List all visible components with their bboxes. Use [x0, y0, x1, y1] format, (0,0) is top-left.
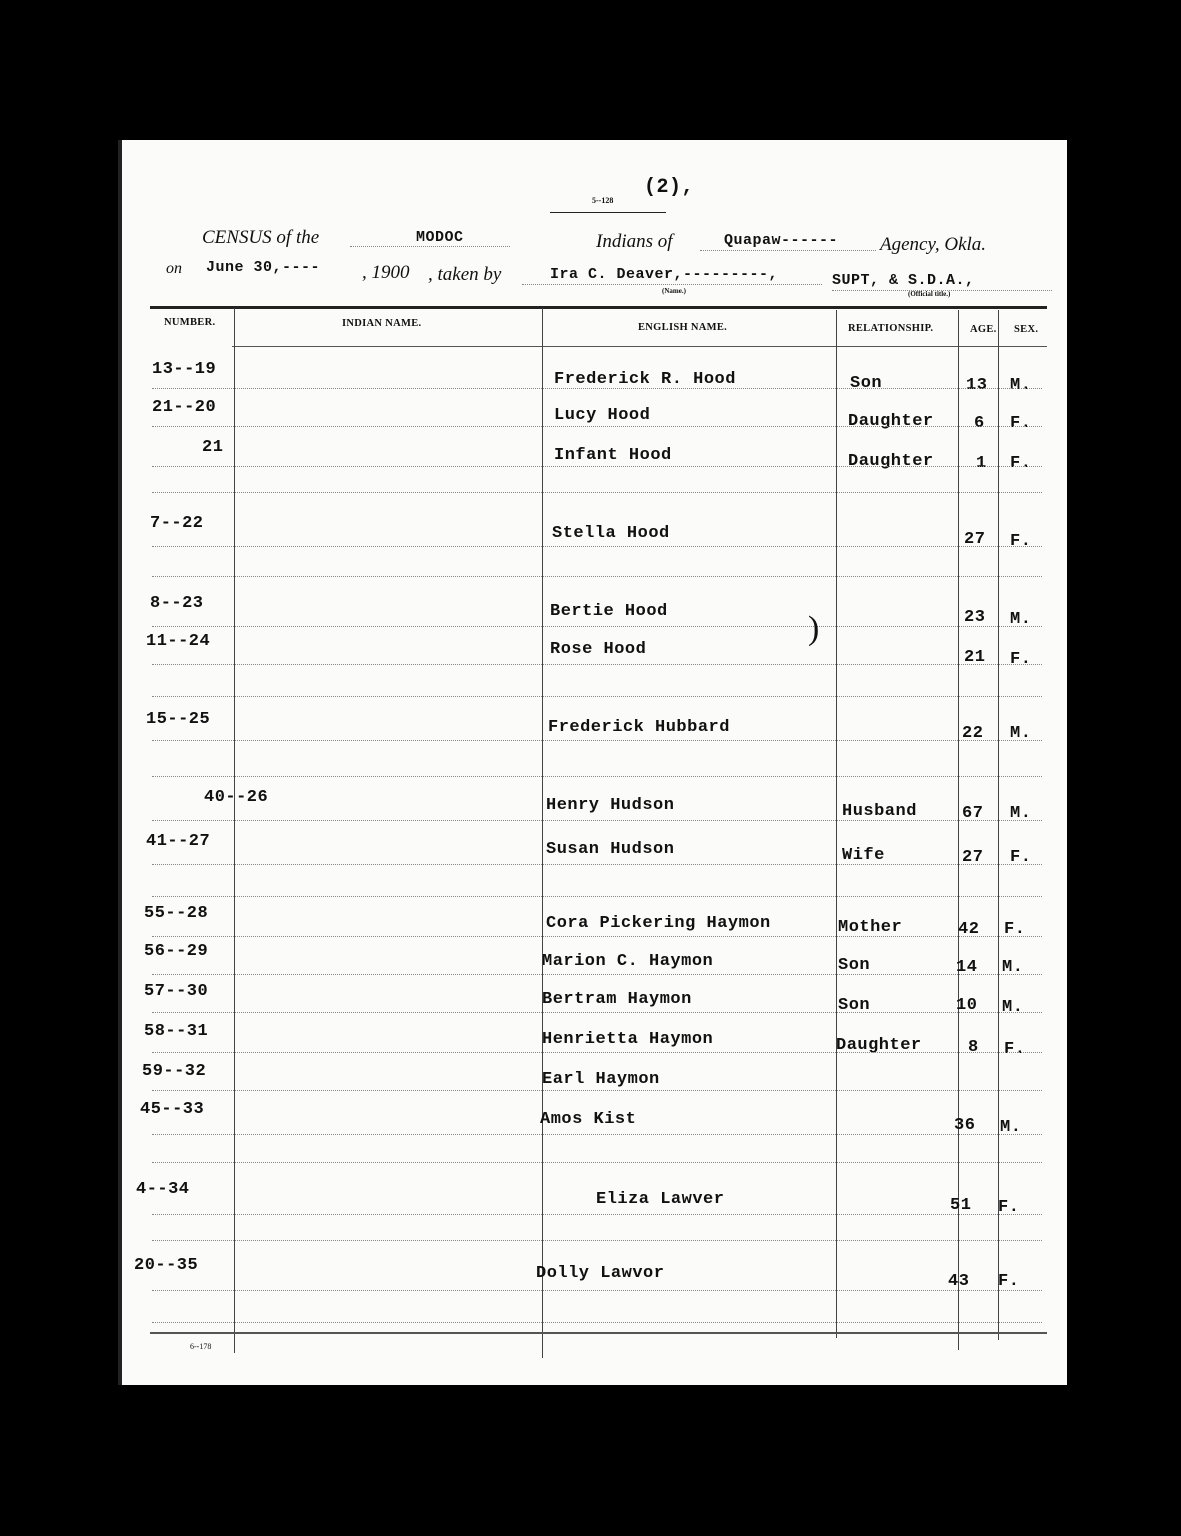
dotted-rule: [152, 1134, 1042, 1135]
agency-label: Agency, Okla.: [880, 234, 986, 256]
column-header-english-name: ENGLISH NAME.: [638, 322, 727, 333]
row-english-name: Lucy Hood: [554, 406, 650, 425]
dotted-rule: [152, 896, 1042, 897]
dotted-rule: [152, 388, 1042, 389]
page-number: (2),: [644, 176, 694, 199]
census-date: June 30,----: [206, 259, 320, 276]
dotted-rule: [152, 1240, 1042, 1241]
row-number: 4--34: [136, 1180, 190, 1199]
column-divider: [234, 308, 235, 1353]
row-number: 56--29: [144, 942, 208, 961]
enumerator-name: Ira C. Deaver,---------,: [550, 266, 778, 283]
dotted-rule: [152, 1322, 1042, 1323]
row-number: 41--27: [146, 832, 210, 851]
dotted-rule: [522, 284, 822, 285]
column-header-relationship: RELATIONSHIP.: [848, 323, 933, 334]
dotted-rule: [152, 626, 1042, 627]
census-of-label: CENSUS of the: [202, 227, 319, 249]
row-english-name: Frederick R. Hood: [554, 370, 736, 389]
row-age: 13: [966, 376, 987, 395]
row-relationship: Mother: [838, 918, 902, 937]
row-english-name: Henrietta Haymon: [542, 1030, 713, 1049]
row-number: 15--25: [146, 710, 210, 729]
dotted-rule: [152, 664, 1042, 665]
agency-name: Quapaw------: [724, 232, 838, 249]
row-number: 7--22: [150, 514, 204, 533]
row-age: 23: [964, 608, 985, 627]
row-sex: M.: [1010, 376, 1031, 395]
row-english-name: Frederick Hubbard: [548, 718, 730, 737]
row-number: 55--28: [144, 904, 208, 923]
dotted-rule: [152, 1290, 1042, 1291]
dotted-rule: [152, 974, 1042, 975]
dotted-rule: [152, 1162, 1042, 1163]
row-english-name: Marion C. Haymon: [542, 952, 713, 971]
census-page: (2), 5--128 CENSUS of the MODOC Indians …: [118, 140, 1067, 1385]
column-header-age: AGE.: [970, 324, 997, 335]
dotted-rule: [152, 426, 1042, 427]
dotted-rule: [152, 1052, 1042, 1053]
indians-of-label: Indians of: [596, 231, 673, 253]
row-english-name: Susan Hudson: [546, 840, 674, 859]
dotted-rule: [152, 820, 1042, 821]
row-english-name: Bertram Haymon: [542, 990, 692, 1009]
dotted-rule: [152, 1012, 1042, 1013]
row-age: 1: [976, 454, 987, 473]
dotted-rule: [152, 466, 1042, 467]
official-title: SUPT, & S.D.A.,: [832, 272, 975, 289]
dotted-rule: [152, 546, 1042, 547]
row-sex: F.: [1010, 532, 1031, 551]
row-sex: F.: [1010, 454, 1031, 473]
dotted-rule: [700, 250, 876, 251]
row-number: 58--31: [144, 1022, 208, 1041]
dotted-rule: [152, 576, 1042, 577]
row-age: 51: [950, 1196, 971, 1215]
row-english-name: Cora Pickering Haymon: [546, 914, 771, 933]
row-age: 43: [948, 1272, 969, 1291]
row-relationship: Son: [838, 956, 870, 975]
row-english-name: Earl Haymon: [542, 1070, 660, 1089]
title-caption: (Official title.): [908, 290, 950, 298]
footer-form-code: 6--178: [190, 1342, 211, 1351]
tribe-name: MODOC: [416, 229, 464, 246]
bottom-rule: [150, 1332, 1047, 1334]
name-caption: (Name.): [662, 287, 686, 295]
row-sex: F.: [1010, 414, 1031, 433]
row-english-name: Infant Hood: [554, 446, 672, 465]
dotted-rule: [152, 1214, 1042, 1215]
row-english-name: Dolly Lawvor: [536, 1264, 664, 1283]
on-label: on: [166, 260, 182, 278]
row-relationship: Daughter: [848, 452, 934, 471]
row-number: 57--30: [144, 982, 208, 1001]
row-number: 21--20: [152, 398, 216, 417]
row-number: 8--23: [150, 594, 204, 613]
row-number: 40--26: [204, 788, 268, 807]
bracket-mark: ): [808, 610, 819, 648]
column-header-number: NUMBER.: [164, 317, 215, 328]
row-number: 20--35: [134, 1256, 198, 1275]
row-relationship: Husband: [842, 802, 917, 821]
row-number: 11--24: [146, 632, 210, 651]
row-english-name: Eliza Lawver: [596, 1190, 724, 1209]
row-relationship: Wife: [842, 846, 885, 865]
form-code-rule: [550, 212, 666, 213]
row-number: 59--32: [142, 1062, 206, 1081]
column-divider: [836, 310, 837, 1338]
census-year: , 1900: [362, 262, 410, 284]
row-number: 13--19: [152, 360, 216, 379]
dotted-rule: [152, 936, 1042, 937]
row-number: 45--33: [140, 1100, 204, 1119]
row-english-name: Amos Kist: [540, 1110, 636, 1129]
row-age: 8: [968, 1038, 979, 1057]
column-header-rule: [232, 346, 1047, 347]
dotted-rule: [350, 246, 510, 247]
dotted-rule: [152, 740, 1042, 741]
row-age: 6: [974, 414, 985, 433]
column-divider: [998, 310, 999, 1340]
row-english-name: Bertie Hood: [550, 602, 668, 621]
row-sex: F.: [1004, 1040, 1025, 1059]
column-header-indian-name: INDIAN NAME.: [342, 318, 421, 329]
dotted-rule: [152, 696, 1042, 697]
dotted-rule: [152, 776, 1042, 777]
dotted-rule: [152, 1090, 1042, 1091]
row-relationship: Daughter: [848, 412, 934, 431]
row-sex: F.: [1010, 650, 1031, 669]
form-code: 5--128: [592, 196, 613, 205]
header-rule: [150, 306, 1047, 309]
taken-by-label: , taken by: [428, 264, 501, 286]
row-english-name: Henry Hudson: [546, 796, 674, 815]
row-age: 36: [954, 1116, 975, 1135]
dotted-rule: [152, 864, 1042, 865]
dotted-rule: [152, 492, 1042, 493]
row-relationship: Son: [850, 374, 882, 393]
row-sex: M.: [1002, 998, 1023, 1017]
row-english-name: Stella Hood: [552, 524, 670, 543]
column-header-sex: SEX.: [1014, 324, 1038, 335]
row-sex: F.: [998, 1272, 1019, 1291]
row-number: 21: [202, 438, 223, 457]
row-english-name: Rose Hood: [550, 640, 646, 659]
